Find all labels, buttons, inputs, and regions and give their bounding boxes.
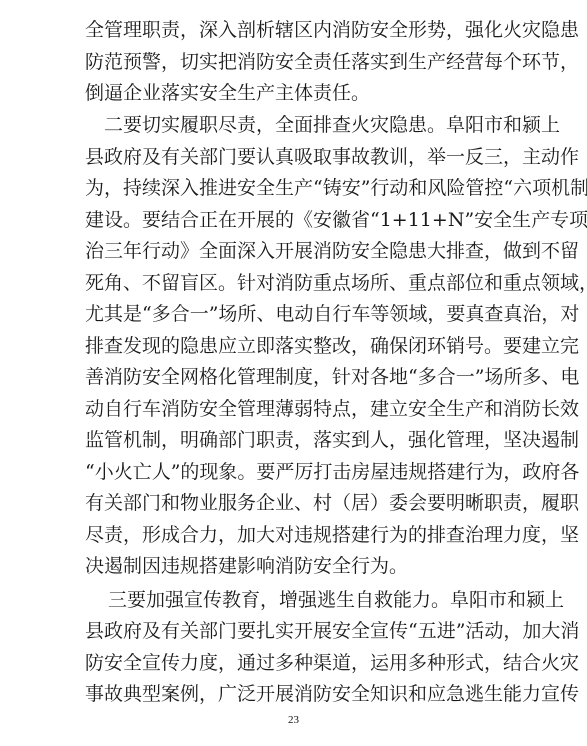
text-line: “小火亡人”的现象。要严厉打击房屋违规搭建行为，政府各 (85, 461, 499, 483)
text-line: 为，持续深入推进安全生产“铸安”行动和风险管控“六项机制” (85, 177, 499, 199)
text-line: 决遏制因违规搭建影响消防安全行为。 (85, 555, 499, 577)
text-line: 善消防安全网格化管理制度，针对各地“多合一”场所多、电 (85, 366, 499, 388)
text-line: 防安全宣传力度，通过多种渠道，运用多种形式，结合火灾 (85, 652, 499, 674)
text-line: 事故典型案例，广泛开展消防安全知识和应急逃生能力宣传 (85, 683, 499, 705)
paragraph-first-line: 二要切实履职尽责，全面排查火灾隐患。阜阳市和颍上 (104, 114, 499, 136)
text-line: 建设。要结合正在开展的《安徽省“1+11+N”安全生产专项整 (85, 209, 499, 231)
text-line: 治三年行动》全面深入开展消防安全隐患大排查，做到不留 (85, 240, 499, 262)
text-line: 县政府及有关部门要认真吸取事故教训，举一反三，主动作 (85, 146, 499, 168)
text-line: 排查发现的隐患应立即落实整改，确保闭环销号。要建立完 (85, 335, 499, 357)
paragraph-first-line: 三要加强宣传教育，增强逃生自救能力。阜阳市和颍上 (108, 589, 499, 611)
page-number: 23 (0, 714, 587, 726)
text-line: 尤其是“多合一”场所、电动自行车等领域，要真查真治，对 (85, 303, 499, 325)
text-line: 动自行车消防安全管理薄弱特点，建立安全生产和消防长效 (85, 398, 499, 420)
text-line: 尽责，形成合力，加大对违规搭建行为的排查治理力度，坚 (85, 524, 499, 546)
text-line: 县政府及有关部门要扎实开展安全宣传“五进”活动，加大消 (85, 620, 499, 642)
text-line: 全管理职责，深入剖析辖区内消防安全形势，强化火灾隐患 (85, 19, 499, 41)
text-line: 监管机制，明确部门职责，落实到人，强化管理，坚决遏制 (85, 429, 499, 451)
text-line: 倒逼企业落实安全生产主体责任。 (85, 82, 499, 104)
text-line: 有关部门和物业服务企业、村（居）委会要明晰职责，履职 (85, 492, 499, 514)
text-line: 防范预警，切实把消防安全责任落实到生产经营每个环节， (85, 51, 499, 73)
text-line: 死角、不留盲区。针对消防重点场所、重点部位和重点领域， (85, 272, 499, 294)
document-page: 全管理职责，深入剖析辖区内消防安全形势，强化火灾隐患 防范预警，切实把消防安全责… (0, 0, 587, 746)
